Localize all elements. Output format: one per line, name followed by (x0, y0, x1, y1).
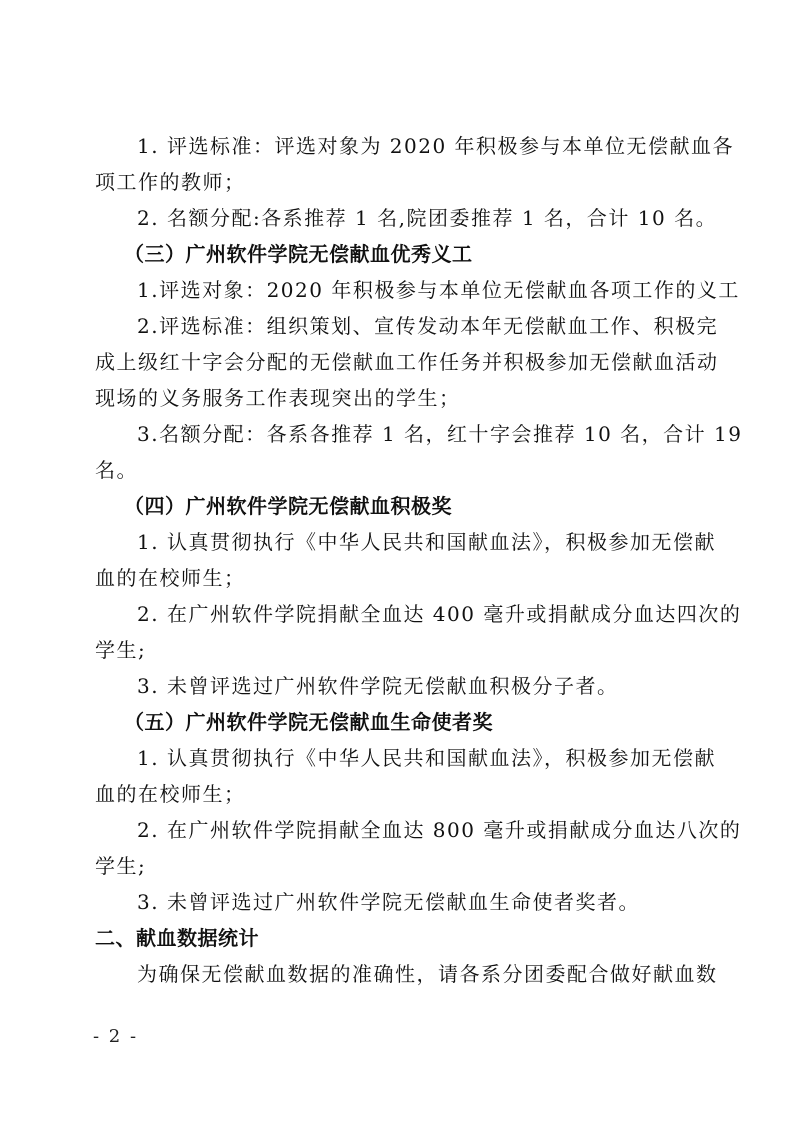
section-5-heading: （五）广州软件学院无偿献血生命使者奖 (124, 704, 744, 740)
volunteer-criteria-line-2: 成上级红十字会分配的无偿献血工作任务并积极参加无偿献血活动 (95, 344, 715, 380)
page-number: - 2 - (93, 1024, 138, 1050)
active-award-item-2-line-2: 学生; (95, 632, 715, 668)
life-award-item-2-line-2: 学生; (95, 848, 715, 884)
life-award-item-2-line-1: 2. 在广州软件学院捐献全血达 800 毫升或捐献成分血达八次的 (137, 812, 717, 848)
statistics-paragraph-line-1: 为确保无偿献血数据的准确性，请各系分团委配合做好献血数 (137, 956, 717, 992)
volunteer-quota-line-1: 3.名额分配：各系各推荐 1 名，红十字会推荐 10 名，合计 19 (137, 416, 717, 452)
volunteer-criteria-line-1: 2.评选标准：组织策划、宣传发动本年无偿献血工作、积极完 (137, 308, 717, 344)
quota-line: 2. 名额分配:各系推荐 1 名,院团委推荐 1 名，合计 10 名。 (137, 200, 717, 236)
volunteer-criteria-line-3: 现场的义务服务工作表现突出的学生； (95, 380, 715, 416)
criteria-1-line-1: 1. 评选标准：评选对象为 2020 年积极参与本单位无偿献血各 (137, 128, 717, 164)
section-4-heading: （四）广州软件学院无偿献血积极奖 (124, 488, 744, 524)
document-page: 1. 评选标准：评选对象为 2020 年积极参与本单位无偿献血各 项工作的教师；… (0, 0, 793, 1122)
active-award-item-1-line-2: 血的在校师生； (95, 560, 715, 596)
section-3-heading: （三）广州软件学院无偿献血优秀义工 (124, 236, 744, 272)
volunteer-target-line: 1.评选对象：2020 年积极参与本单位无偿献血各项工作的义工 (137, 272, 717, 308)
volunteer-quota-line-2: 名。 (95, 452, 715, 488)
life-award-item-3: 3. 未曾评选过广州软件学院无偿献血生命使者奖者。 (137, 884, 717, 920)
section-2-heading: 二、献血数据统计 (95, 920, 715, 956)
life-award-item-1-line-1: 1. 认真贯彻执行《中华人民共和国献血法》，积极参加无偿献 (137, 740, 717, 776)
active-award-item-2-line-1: 2. 在广州软件学院捐献全血达 400 毫升或捐献成分血达四次的 (137, 596, 717, 632)
active-award-item-3: 3. 未曾评选过广州软件学院无偿献血积极分子者。 (137, 668, 717, 704)
active-award-item-1-line-1: 1. 认真贯彻执行《中华人民共和国献血法》，积极参加无偿献 (137, 524, 717, 560)
life-award-item-1-line-2: 血的在校师生； (95, 776, 715, 812)
criteria-1-line-2: 项工作的教师； (95, 164, 715, 200)
